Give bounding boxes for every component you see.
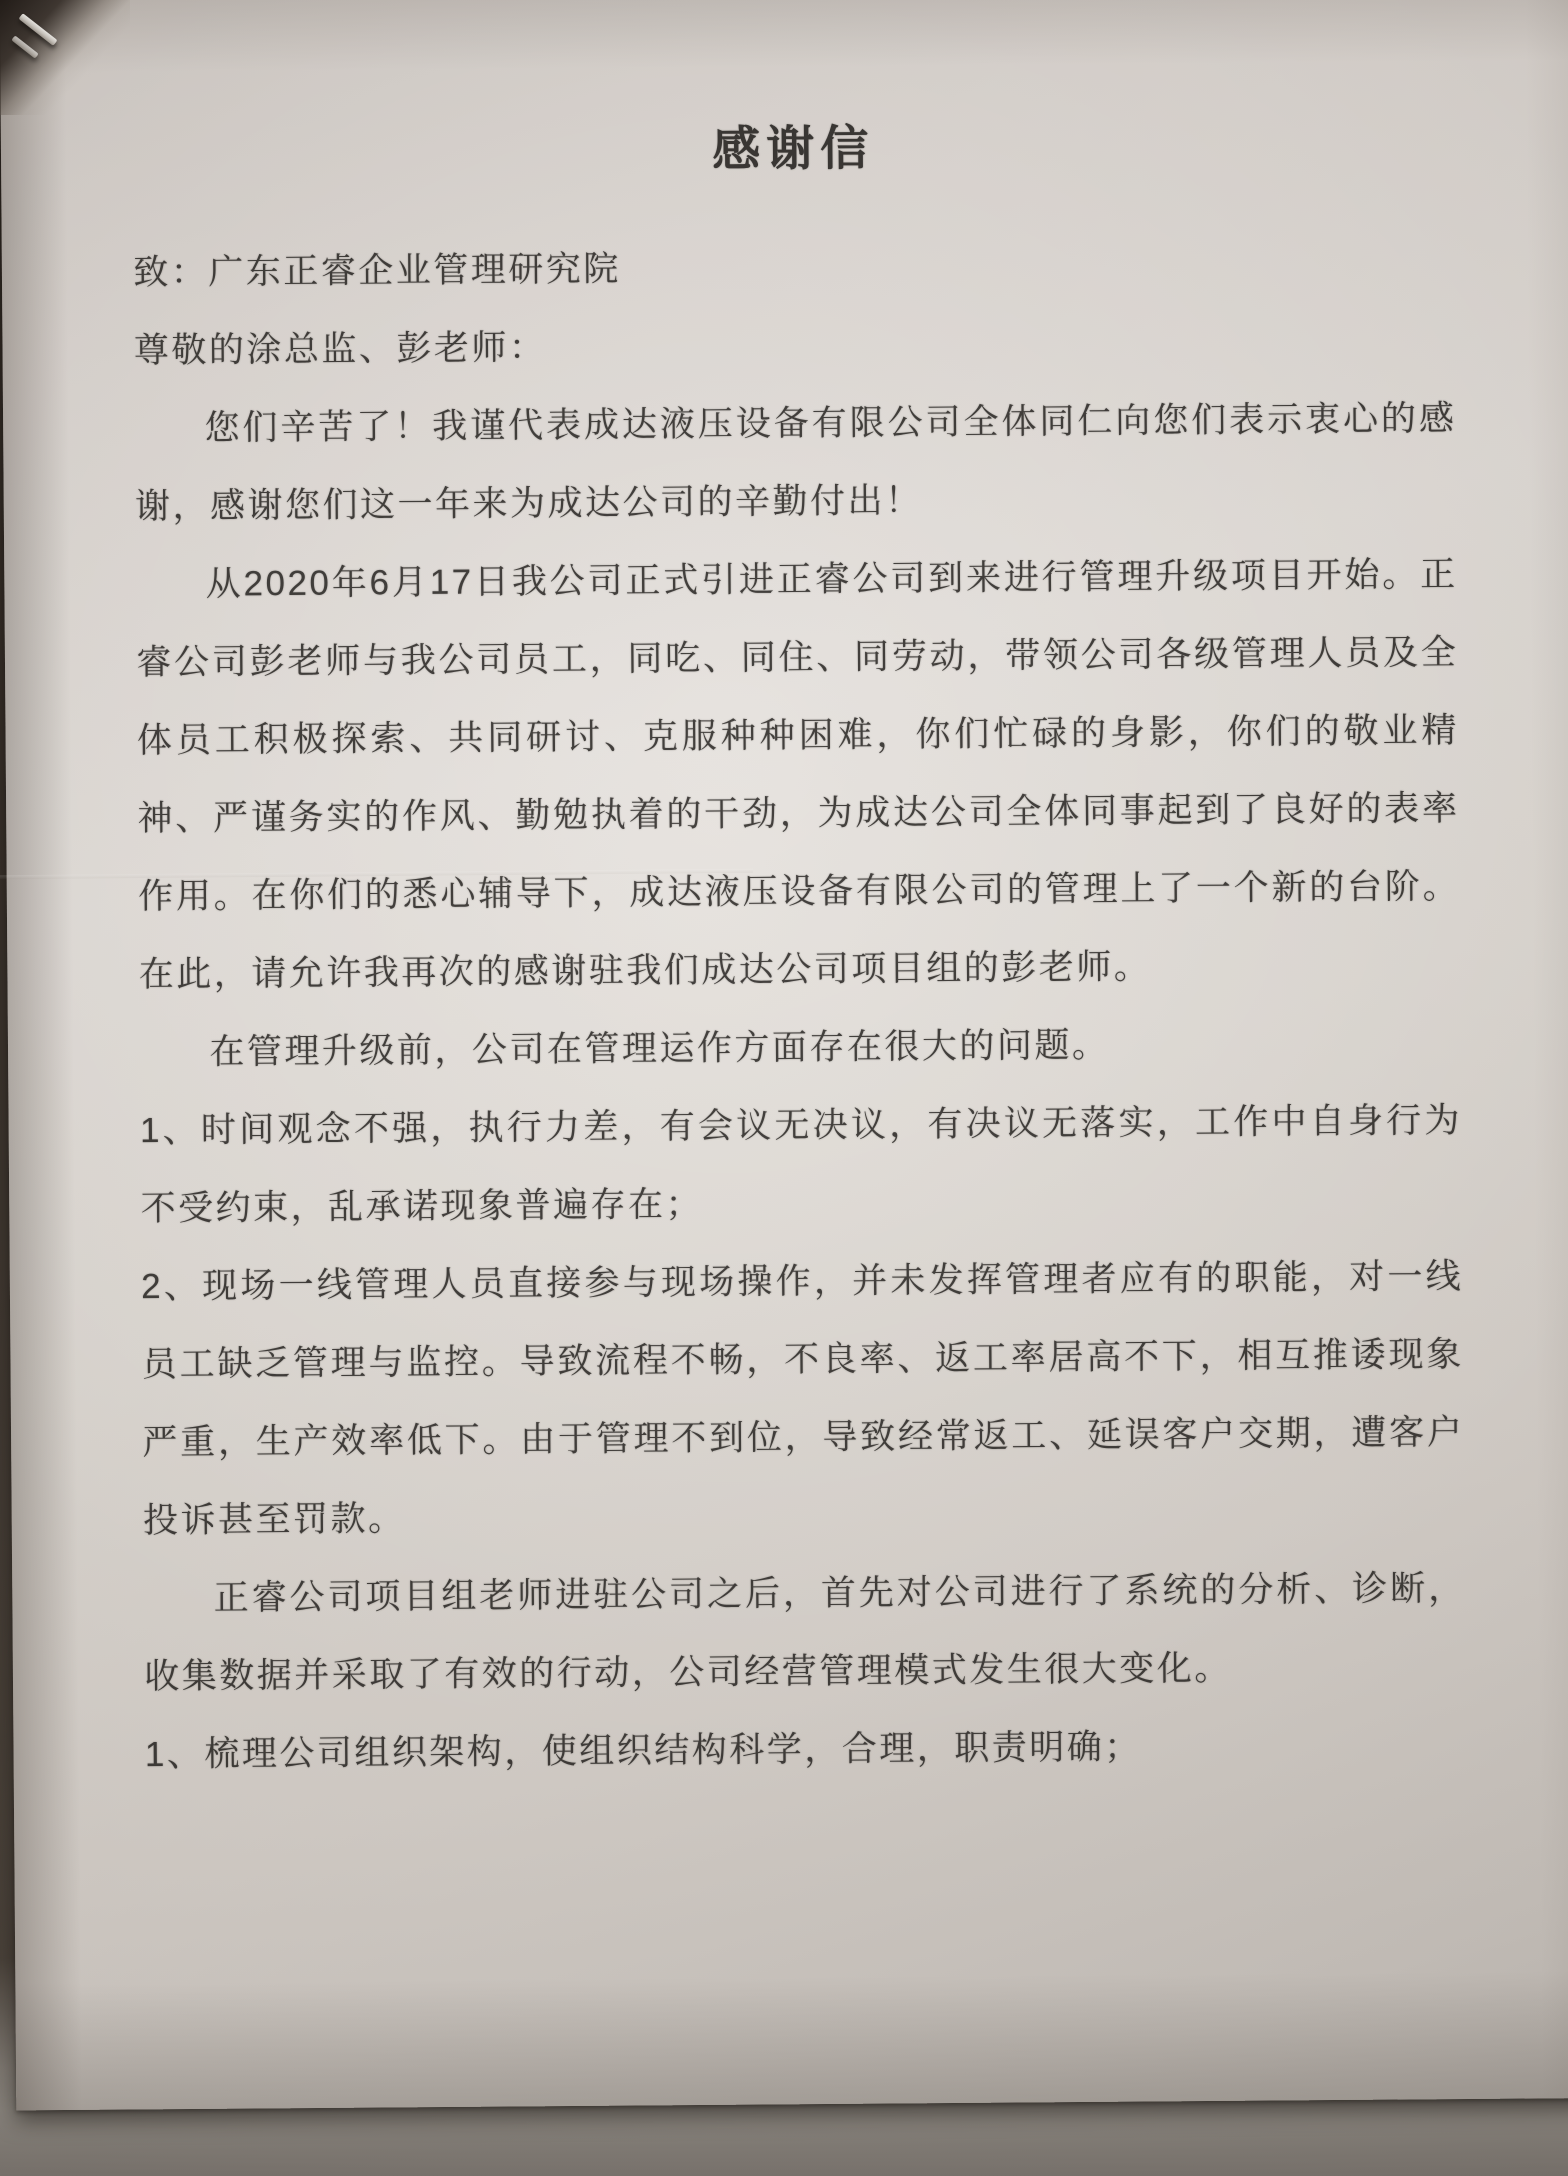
paragraph-project-history: 从2020年6月17日我公司正式引进正睿公司到来进行管理升级项目开始。正睿公司彭… — [135, 536, 1461, 1014]
salutation-line: 尊敬的涂总监、彭老师： — [134, 302, 1457, 390]
letter-title: 感谢信 — [132, 106, 1455, 194]
paragraph-thanks: 您们辛苦了！我谨代表成达液压设备有限公司全体同仁向您们表示衷心的感谢，感谢您们这… — [134, 380, 1457, 546]
paragraph-changes-intro: 正睿公司项目组老师进驻公司之后，首先对公司进行了系统的分析、诊断，收集数据并采取… — [143, 1550, 1466, 1716]
thank-you-letter: 感谢信 致：广东正睿企业管理研究院 尊敬的涂总监、彭老师： 您们辛苦了！我谨代表… — [132, 106, 1467, 1794]
change-item-1: 1、梳理公司组织架构，使组织结构科学，合理，职责明确； — [145, 1706, 1468, 1794]
photo-of-letter: { "letter": { "title": "感谢信", "recipient… — [0, 0, 1568, 2176]
problem-item-2: 2、现场一线管理人员直接参与现场操作，并未发挥管理者应有的职能，对一线员工缺乏管… — [141, 1238, 1465, 1560]
problem-item-1: 1、时间观念不强，执行力差，有会议无决议，有决议无落实，工作中自身行为不受约束，… — [140, 1082, 1463, 1248]
recipient-line: 致：广东正睿企业管理研究院 — [133, 224, 1456, 312]
paragraph-problems-intro: 在管理升级前，公司在管理运作方面存在很大的问题。 — [139, 1004, 1462, 1092]
